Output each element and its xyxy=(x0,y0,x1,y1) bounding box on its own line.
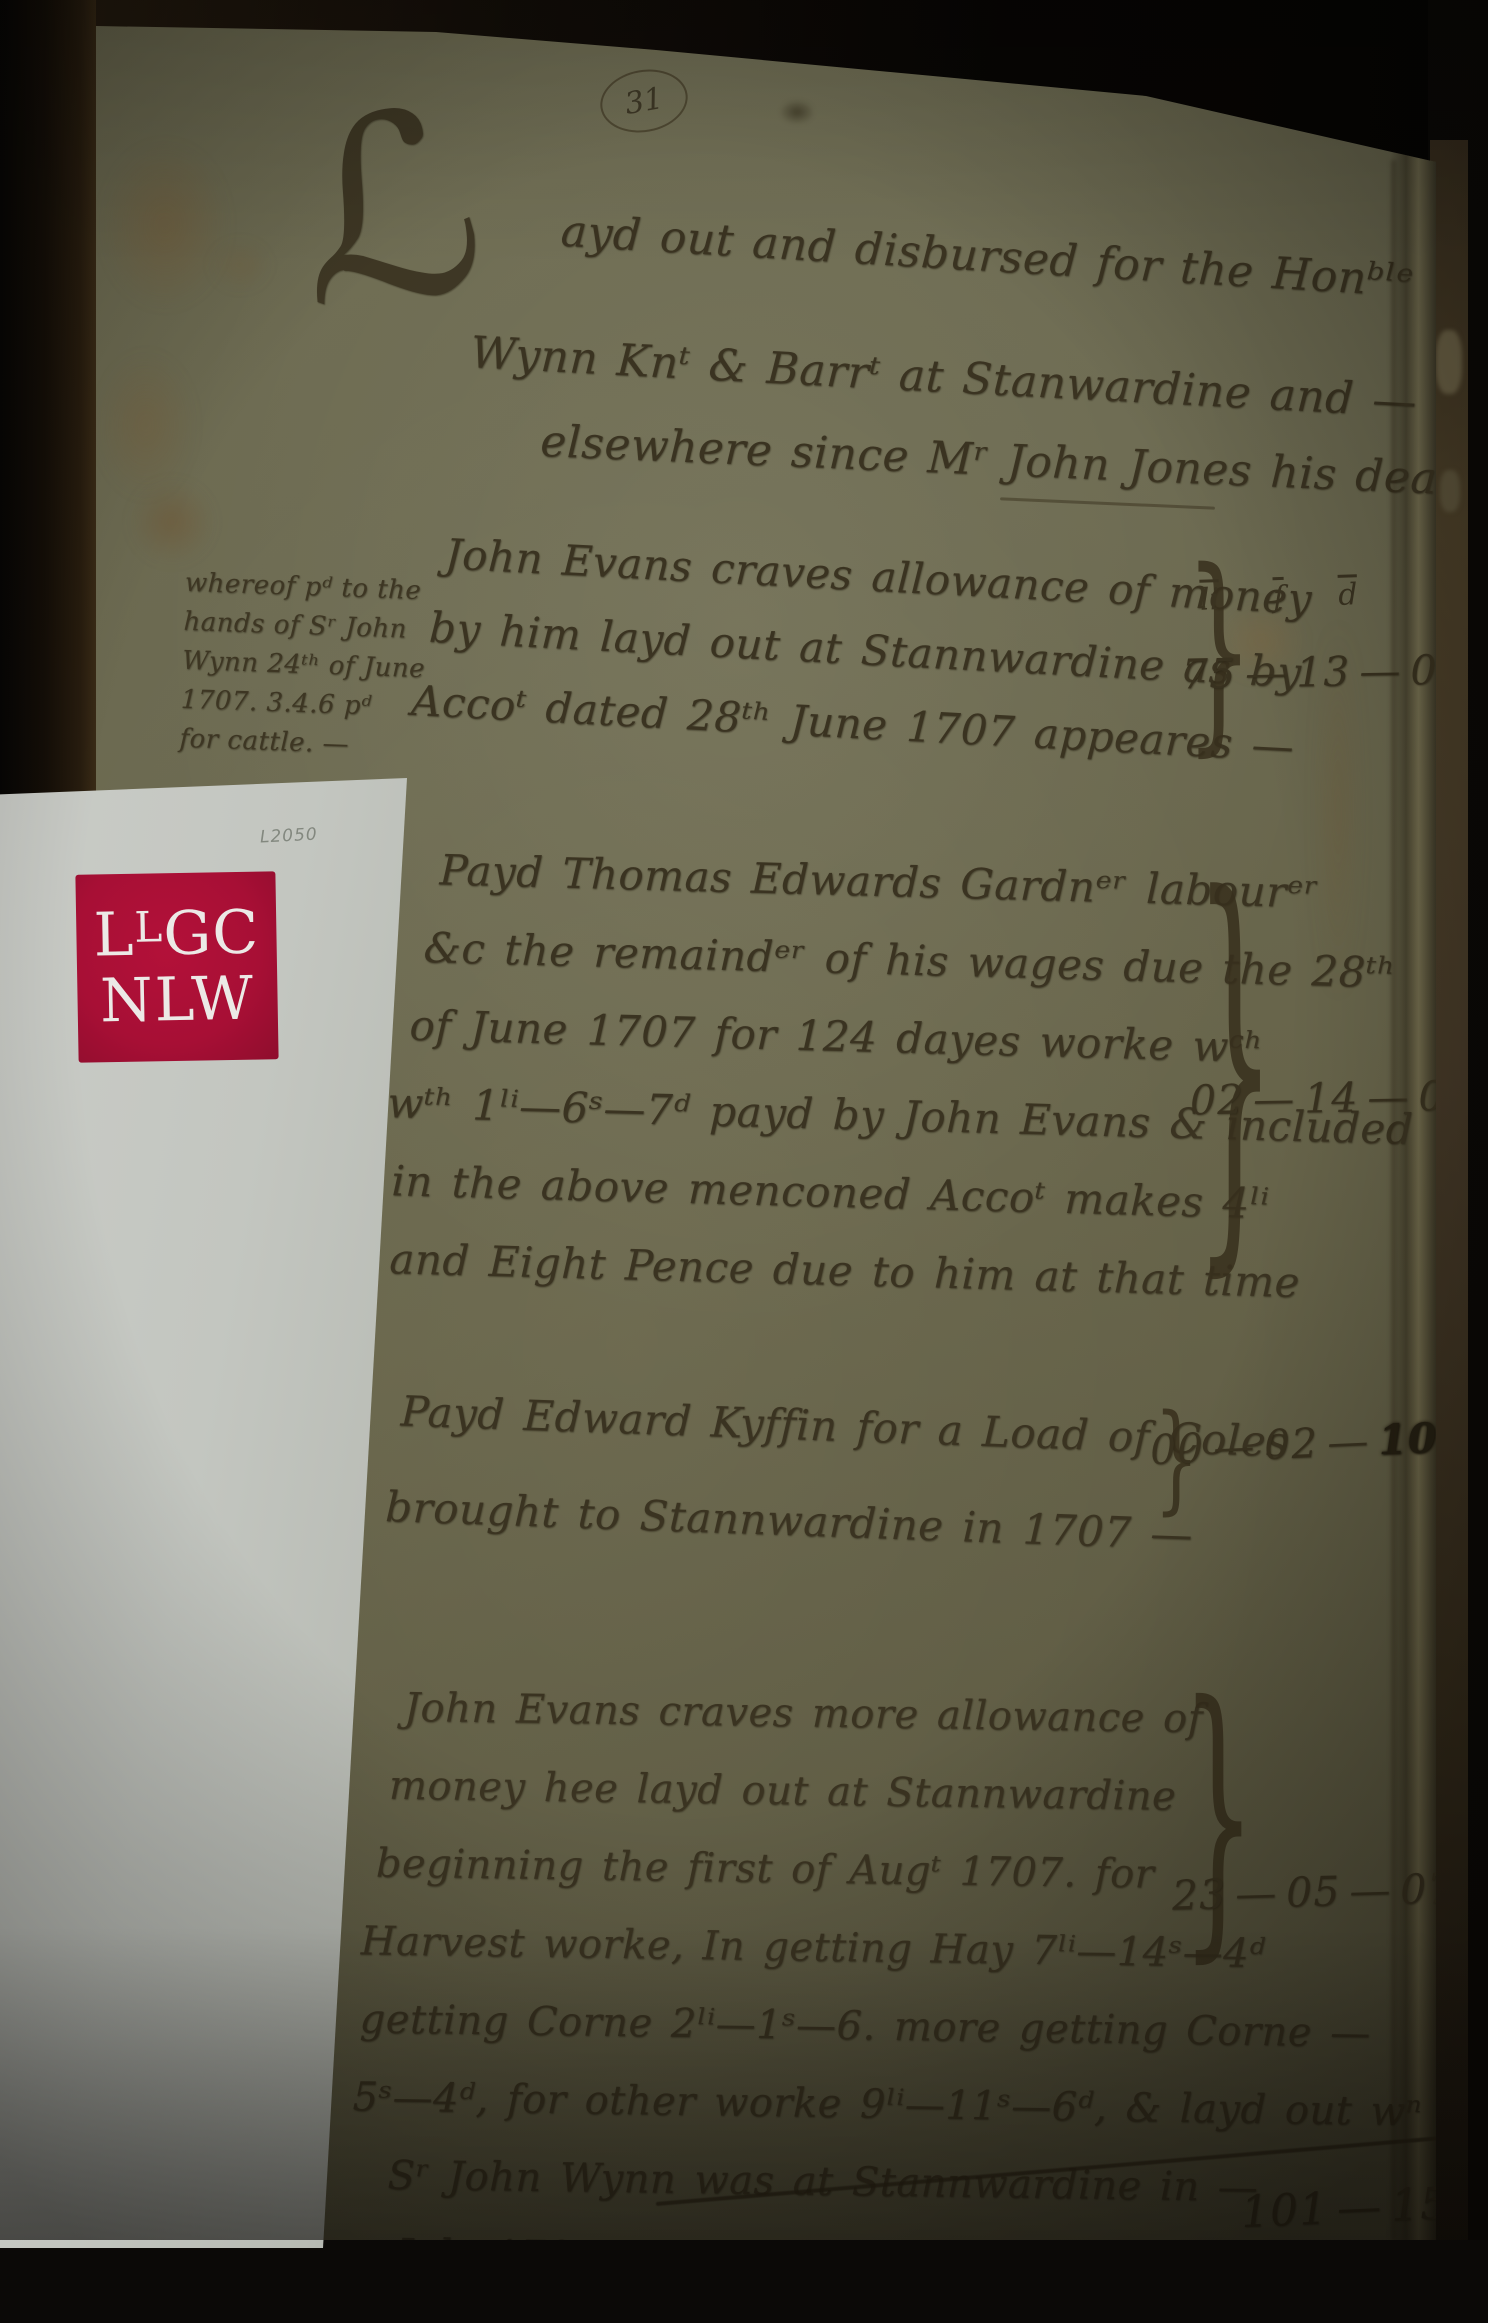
folio-number: 31 xyxy=(622,80,666,121)
heading-underline-flourish xyxy=(1000,497,1215,509)
total-pounds-value: 101 xyxy=(1240,2183,1329,2238)
margin-note-line: for cattle. — xyxy=(179,724,423,771)
dash: — xyxy=(1245,649,1288,698)
nlw-logo-line-2: NLW xyxy=(100,969,256,1032)
heading-line-3: elsewhere since Mʳ John Jones his death. xyxy=(539,416,1488,507)
heading-initial-flourish: ℒ xyxy=(287,75,494,345)
margin-note: whereof pᵈ to the hands of Sʳ John Wynn … xyxy=(179,568,429,771)
currency-column-headers: li ſ d xyxy=(1199,577,1358,617)
page-edge-notch xyxy=(1436,330,1462,394)
logo-letter-small: L xyxy=(134,906,164,948)
dash: — xyxy=(1349,1866,1392,1915)
shillings-value: 05 xyxy=(1286,1867,1341,1916)
dash: — xyxy=(1336,2181,1383,2234)
nlw-logo-line-1: L L GC xyxy=(93,903,260,966)
foxing-stain xyxy=(210,240,270,290)
ink-smudge xyxy=(780,100,814,124)
logo-letters: GC xyxy=(163,903,260,965)
foxing-stain xyxy=(100,140,230,310)
foxing-stain xyxy=(96,350,196,500)
pounds-column-header: li xyxy=(1199,582,1219,618)
pounds-value: 75 xyxy=(1182,650,1237,699)
pounds-value: 23 xyxy=(1171,1870,1226,1919)
logo-letter: L xyxy=(93,905,135,966)
dash: — xyxy=(1326,1417,1370,1467)
shillings-value: 02 xyxy=(1263,1419,1319,1469)
pence-value-blotted: 10 xyxy=(1377,1414,1438,1465)
entry-2-amount: 02 — 14 — 01 xyxy=(1190,1072,1473,1125)
entry-2-brace: } xyxy=(1194,846,1276,1276)
page-edge-notch xyxy=(1440,470,1460,512)
dash: — xyxy=(1212,1422,1256,1472)
nlw-logo: L L GC NLW xyxy=(75,871,278,1062)
shillings-value: 13 xyxy=(1296,648,1351,697)
pounds-value: 00 xyxy=(1149,1424,1205,1474)
manuscript-photo: 31 ℒ ayd out and disbursed for the Honᵇˡ… xyxy=(0,0,1488,2240)
entry-line: John Evans craves more allowance of xyxy=(403,1685,1427,1777)
entry-1-amount: 75 — 13 — 01 xyxy=(1182,646,1465,699)
dash: — xyxy=(1235,1869,1278,1918)
foxing-stain xyxy=(130,480,214,564)
heading-line-1: ayd out and disbursed for the Honᵇˡᵉ ~ S… xyxy=(560,206,1488,326)
dash: — xyxy=(1359,647,1402,696)
entry-line: getting Corne 2ˡⁱ—1ˢ—6. more getting Cor… xyxy=(359,1996,1423,2089)
heading-line-2: Wynn Knᵗ & Barrᵗ at Stanwardine and — xyxy=(469,327,1418,428)
entry-4-amount: 23 — 05 — 07 xyxy=(1171,1864,1455,1919)
shillings-value: 14 xyxy=(1304,1074,1359,1123)
pounds-value: 02 xyxy=(1190,1076,1245,1125)
folio-number-circle: 31 xyxy=(595,63,692,139)
entry-line: Harvest worke, In getting Hay 7ˡⁱ—14ˢ—4ᵈ xyxy=(360,1918,1424,2011)
shillings-column-header: ſ xyxy=(1273,580,1285,615)
dash: — xyxy=(1367,1073,1410,1122)
entry-4-text: John Evans craves more allowance of mone… xyxy=(382,1685,1428,2240)
entry-line: money hee layd out at Stannwardine xyxy=(388,1763,1426,1855)
pencil-shelfmark-note: L2050 xyxy=(260,825,319,848)
dash: — xyxy=(1253,1075,1296,1124)
pence-column-header: d xyxy=(1338,577,1358,613)
